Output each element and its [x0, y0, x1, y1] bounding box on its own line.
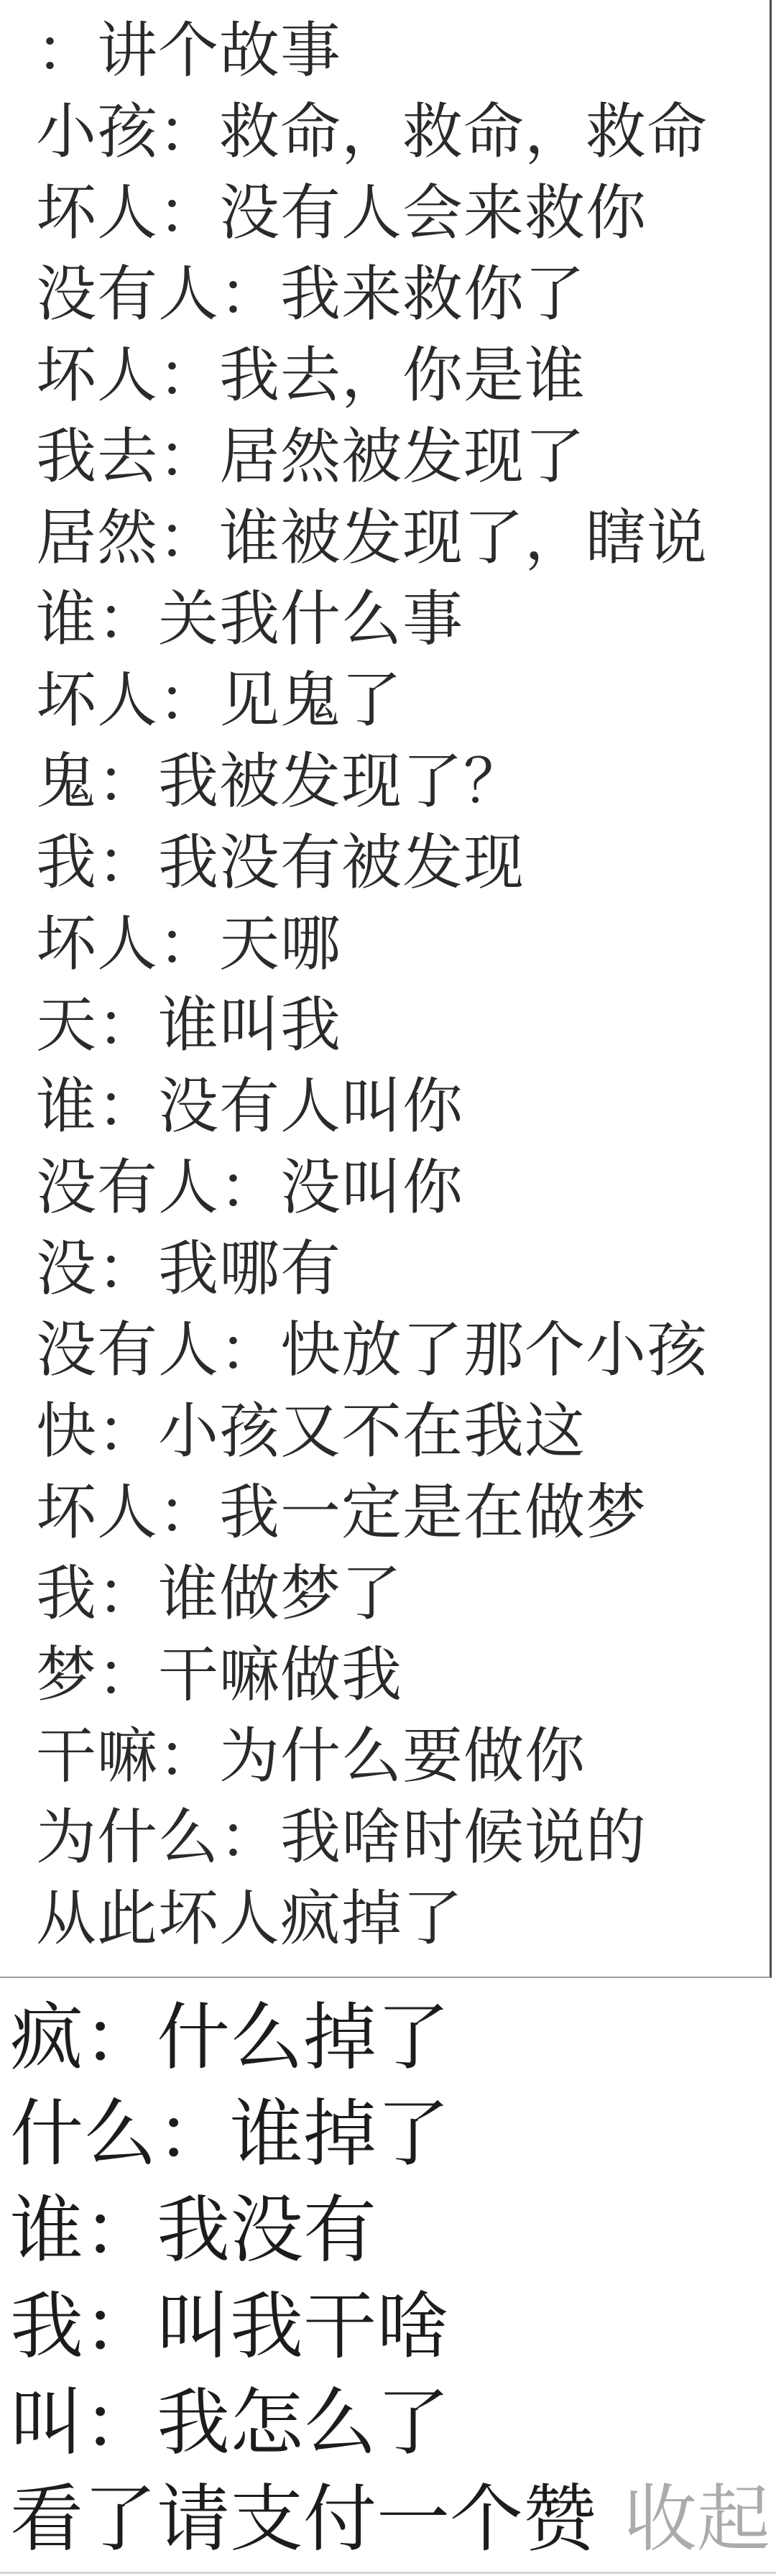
- quote-line: 干嘛：为什么要做你: [36, 1716, 770, 1797]
- reply-line: 谁：我没有: [10, 2182, 776, 2278]
- quote-line: 谁：没有人叫你: [36, 1066, 770, 1147]
- quote-line: 坏人：见鬼了: [36, 660, 770, 741]
- quote-line: 我：谁做梦了: [36, 1553, 770, 1634]
- quote-line: 我：我没有被发现: [36, 822, 770, 903]
- quote-lines: ：讲个故事小孩：救命，救命，救命坏人：没有人会来救你没有人：我来救你了坏人：我去…: [36, 10, 770, 1959]
- quote-line: 坏人：没有人会来救你: [36, 172, 770, 254]
- reply-line: 什么：谁掉了: [10, 2086, 776, 2182]
- reply-line: 叫：我怎么了: [10, 2375, 776, 2471]
- reply-line: 疯：什么掉了: [10, 1989, 776, 2086]
- quote-line: 从此坏人疯掉了: [36, 1878, 770, 1959]
- footer-line: 看了请支付一个赞收起: [10, 2471, 776, 2567]
- bottom-separator: [0, 2572, 776, 2574]
- quote-line: 没有人：我来救你了: [36, 254, 770, 335]
- quote-line: 没：我哪有: [36, 1228, 770, 1310]
- collapse-button[interactable]: 收起: [624, 2478, 770, 2560]
- quote-line: 坏人：我一定是在做梦: [36, 1472, 770, 1553]
- quote-line: 为什么：我啥时候说的: [36, 1797, 770, 1878]
- quote-line: 我去：居然被发现了: [36, 416, 770, 497]
- quote-line: ：讲个故事: [36, 10, 770, 91]
- reply-section: 疯：什么掉了什么：谁掉了谁：我没有我：叫我干啥叫：我怎么了 看了请支付一个赞收起: [0, 1978, 776, 2567]
- reply-lines: 疯：什么掉了什么：谁掉了谁：我没有我：叫我干啥叫：我怎么了: [10, 1989, 776, 2471]
- quote-line: 鬼：我被发现了？: [36, 741, 770, 822]
- quote-line: 坏人：我去，你是谁: [36, 335, 770, 416]
- quote-line: 居然：谁被发现了，瞎说: [36, 497, 770, 579]
- quote-line: 梦：干嘛做我: [36, 1634, 770, 1716]
- footer-text: 看了请支付一个赞: [10, 2478, 596, 2560]
- story-quote-box: ：讲个故事小孩：救命，救命，救命坏人：没有人会来救你没有人：我来救你了坏人：我去…: [0, 0, 772, 1978]
- reply-line: 我：叫我干啥: [10, 2278, 776, 2375]
- quote-line: 谁：关我什么事: [36, 579, 770, 660]
- quote-line: 天：谁叫我: [36, 985, 770, 1066]
- quote-line: 坏人：天哪: [36, 903, 770, 985]
- quote-line: 快：小孩又不在我这: [36, 1391, 770, 1472]
- quote-line: 小孩：救命，救命，救命: [36, 91, 770, 172]
- quote-line: 没有人：没叫你: [36, 1147, 770, 1228]
- quote-line: 没有人：快放了那个小孩: [36, 1310, 770, 1391]
